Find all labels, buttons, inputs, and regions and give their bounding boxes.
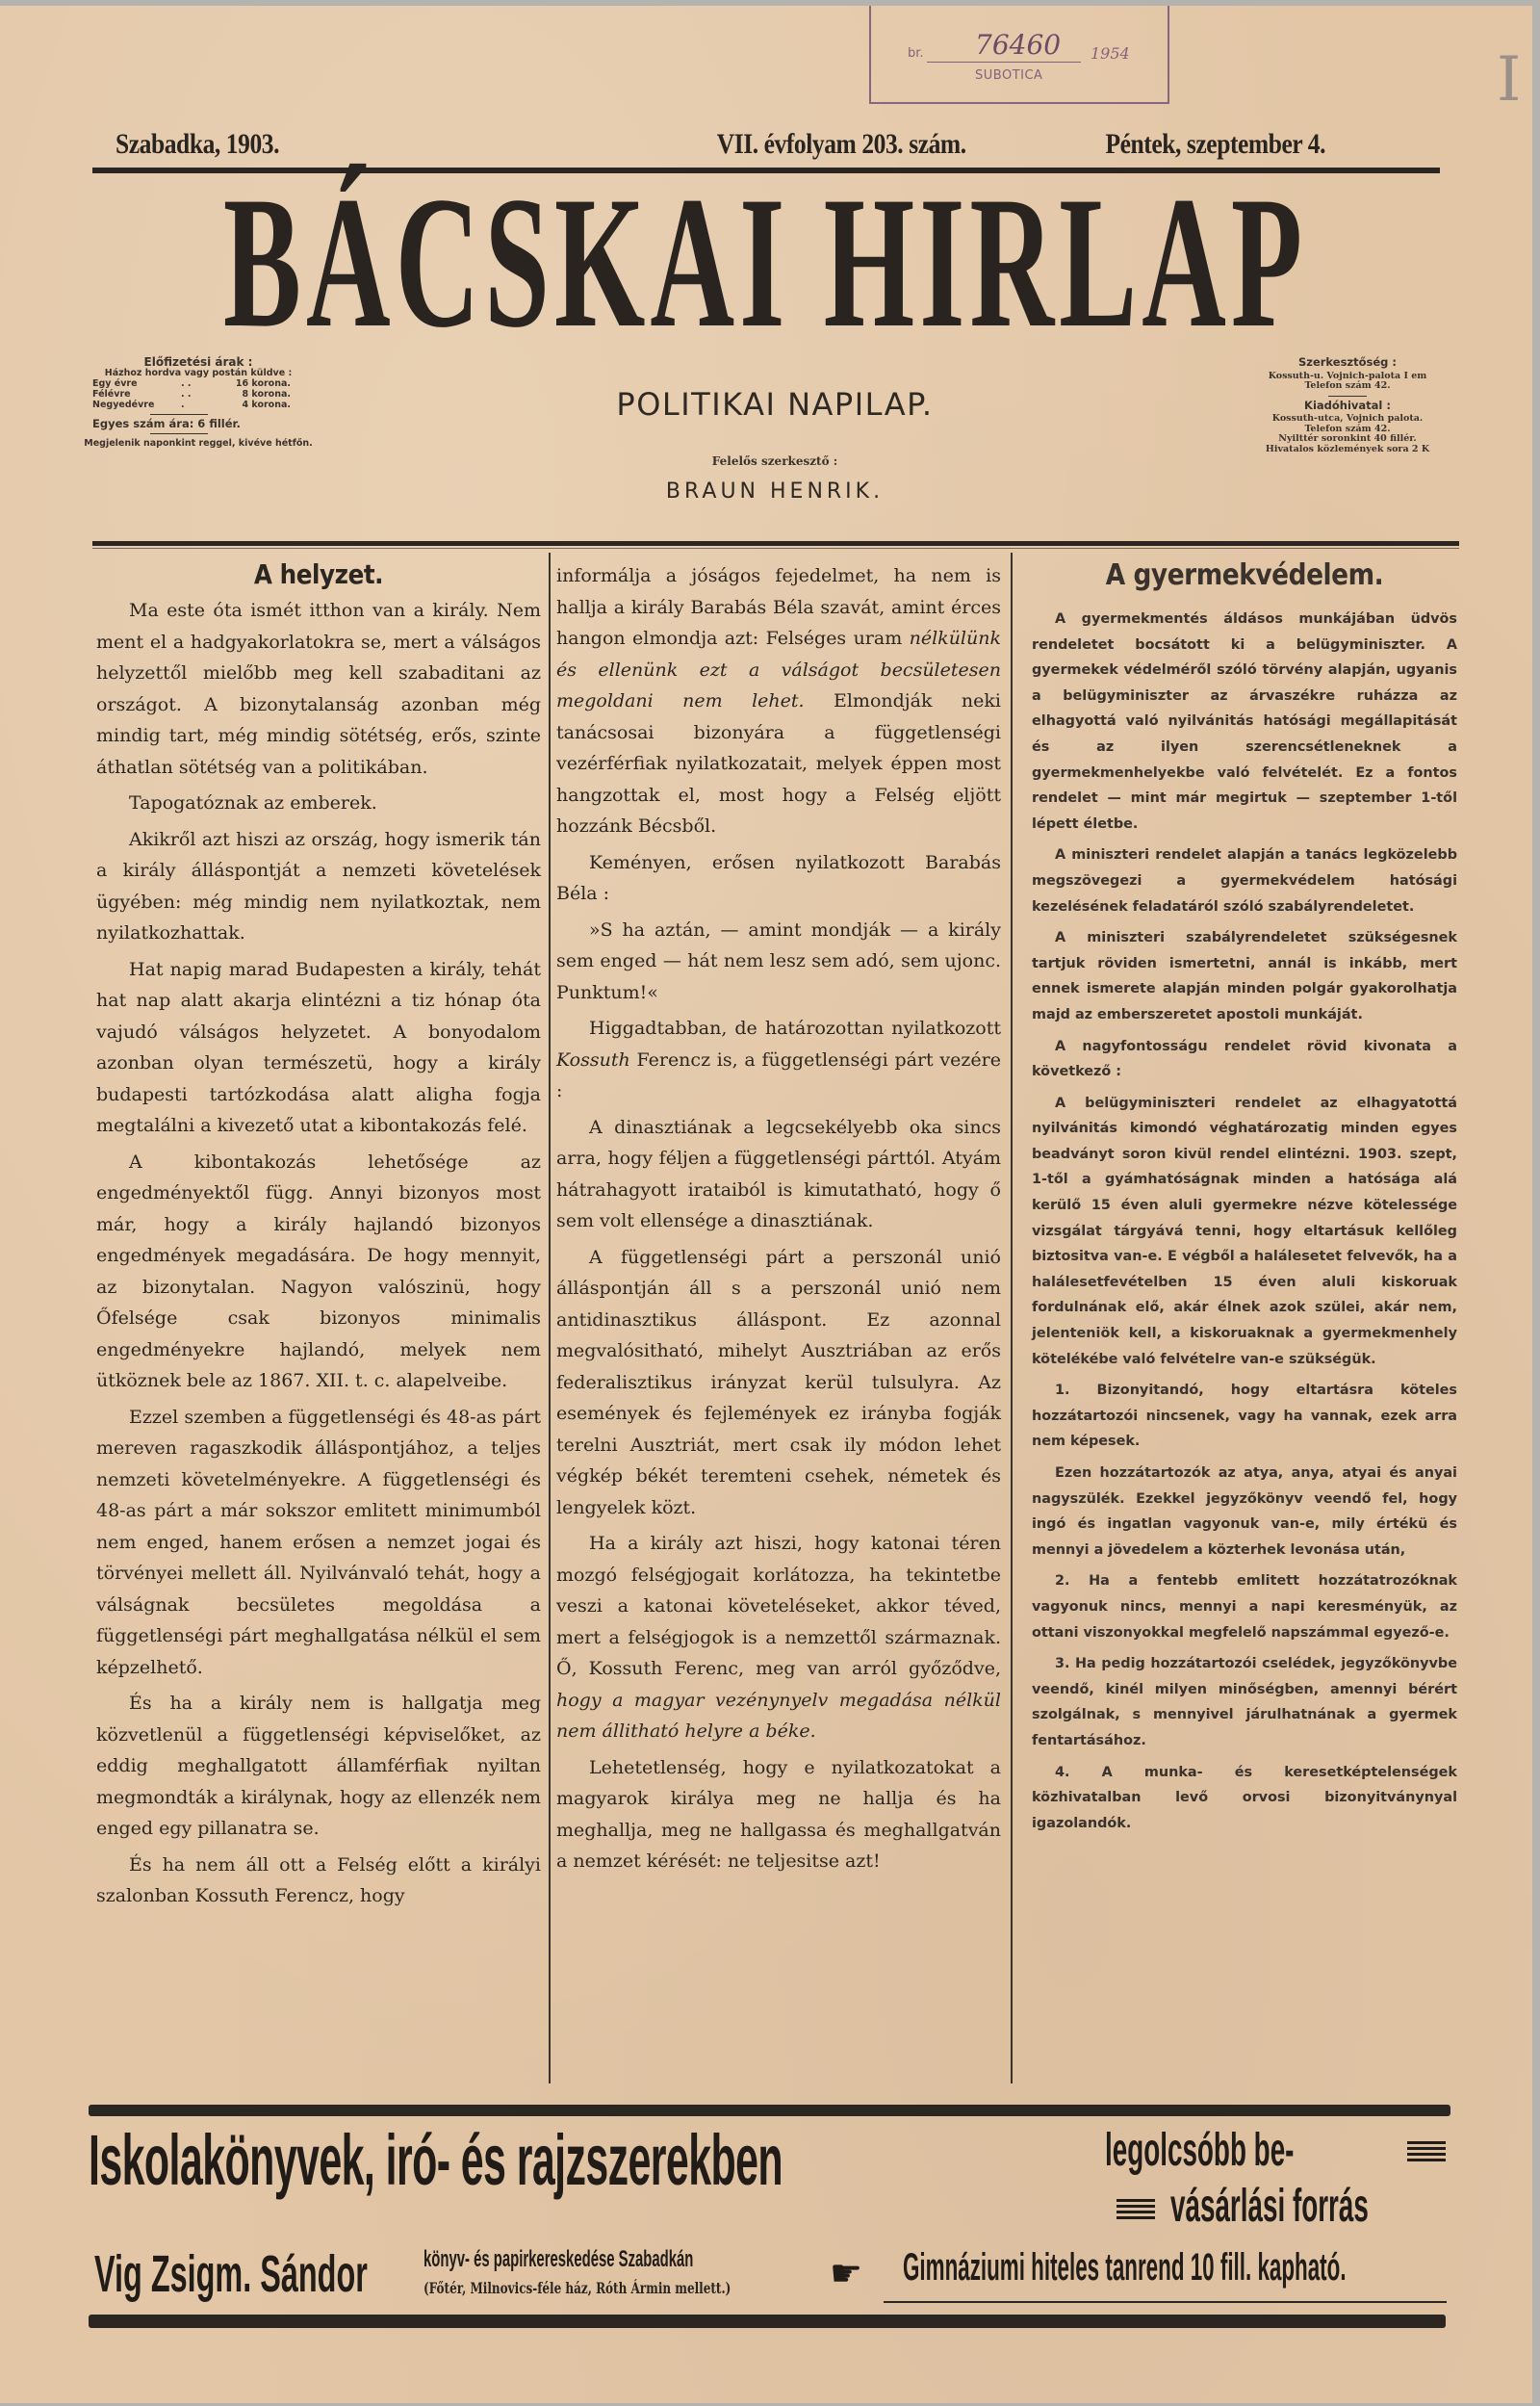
paragraph: A miniszteri rendelet alapján a tanács l… (1032, 842, 1457, 919)
paragraph: 3. Ha pedig hozzátartozói cselédek, jegy… (1032, 1651, 1457, 1753)
paragraph: Hat napig marad Budapesten a király, teh… (96, 954, 541, 1142)
ad-headline-right-top: legolcsóbb be- (1105, 2124, 1294, 2177)
paragraph: Ezzel szemben a függetlenségi és 48-as p… (96, 1402, 541, 1684)
paragraph: Tapogatóznak az emberek. (96, 788, 541, 819)
paragraph: Ma este óta ismét itthon van a király. N… (96, 595, 541, 783)
subscription-box: Előfizetési árak : Házhoz hordva vagy po… (92, 357, 323, 449)
paragraph: Ha a király azt hiszi, hogy katonai tére… (556, 1528, 1001, 1747)
ad-headline: Iskolakönyvek, iró- és rajzszerekben (89, 2119, 783, 2201)
ad-shop-name: Vig Zsigm. Sándor (94, 2244, 368, 2304)
paragraph: 2. Ha a fentebb emlitett hozzátatrozókna… (1032, 1568, 1457, 1645)
paragraph: A függetlenségi párt a perszonál unió ál… (556, 1242, 1001, 1524)
ad-shop-address: (Főtér, Milnovics-féle ház, Róth Ármin m… (423, 2279, 731, 2297)
divider (150, 414, 208, 415)
publication-schedule: Megjelenik naponkint reggel, kivéve hétf… (73, 438, 323, 449)
editor-label: Felelős szerkesztő : (520, 454, 1030, 468)
editorial-phone: Telefon szám 42. (1232, 381, 1463, 392)
subscription-subtitle: Házhoz hordva vagy postán küldve : (73, 368, 323, 378)
dateline-volume-issue: VII. évfolyam 203. szám. (717, 128, 966, 161)
ad-rate: Nyilttér soronkint 40 fillér. (1232, 434, 1463, 445)
office-address: Kossuth-utca, Vojnich palota. (1232, 414, 1463, 425)
article-helyzet: A helyzet. Ma este óta ismét itthon van … (96, 556, 541, 1912)
office-title: Kiadóhivatal : (1232, 401, 1463, 411)
price-row: Negyedévre . 4 korona. (92, 400, 323, 410)
paragraph: A kibontakozás lehetősége az engedmények… (96, 1147, 541, 1397)
stamp-number: 76460 (975, 29, 1061, 61)
paragraph: A nagyfontosságu rendelet rövid kivonata… (1032, 1034, 1457, 1085)
paragraph: Lehetetlenség, hogy e nyilatkozatokat a … (556, 1752, 1001, 1877)
paragraph: Ezen hozzátartozók az atya, anya, atyai … (1032, 1461, 1457, 1563)
paragraph: A gyermekmentés áldásos munkájában üdvös… (1032, 607, 1457, 837)
stamp-year: 1954 (1091, 44, 1130, 63)
price-row: Egy évre . . 16 korona. (92, 378, 323, 389)
single-issue-price: Egyes szám ára: 6 fillér. (92, 419, 323, 429)
article-gyermekvedelem: A gyermekvédelem. A gyermekmentés áldáso… (1032, 556, 1457, 1836)
column-rule (549, 553, 551, 2083)
masthead-bottom-hairline (92, 548, 1459, 549)
ad-notice-underline (884, 2301, 1447, 2303)
masthead-tagline: POLITIKAI NAPILAP. (520, 386, 1030, 423)
editorial-title: Szerkesztőség : (1232, 357, 1463, 368)
contacts-box: Szerkesztőség : Kossuth-u. Vojnich-palot… (1232, 357, 1463, 454)
ad-top-rule (89, 2105, 1450, 2116)
archive-stamp: br. 76460 1954 SUBOTICA (869, 6, 1169, 104)
ad-headline-right-bottom: vásárlási forrás (1170, 2180, 1369, 2233)
stamp-city: SUBOTICA (975, 68, 1042, 83)
article-helyzet-continued: informálja a jóságos fejedelmet, ha nem … (556, 560, 1001, 1877)
divider (1328, 396, 1367, 397)
subscription-title: Előfizetési árak : (73, 357, 323, 368)
paragraph: A miniszteri szabályrendeletet szükséges… (1032, 925, 1457, 1027)
price-row: Félévre . . 8 korona. (92, 389, 323, 400)
dateline-place-year: Szabadka, 1903. (115, 128, 279, 161)
paragraph: A belügyminiszteri rendelet az elhagyato… (1032, 1091, 1457, 1373)
quote: »S ha aztán, — amint mondják — a király … (556, 915, 1001, 1009)
ad-notice: Gimnáziumi hiteles tanrend 10 fill. kaph… (903, 2246, 1347, 2290)
margin-mark: I (1497, 44, 1521, 116)
bottom-rule (89, 2315, 1446, 2328)
article-headline: A helyzet. (123, 556, 515, 593)
pointing-hand-icon: ☛ (830, 2252, 862, 2294)
paragraph: És ha a király nem is hallgatja meg közv… (96, 1688, 541, 1845)
paragraph: A dinasztiának a legcsekélyebb oka sincs… (556, 1112, 1001, 1237)
paragraph: Keményen, erősen nyilatkozott Barabás Bé… (556, 847, 1001, 910)
paragraph: Akikről azt hiszi az ország, hogy ismeri… (96, 824, 541, 949)
editor-name: BRAUN HENRIK. (520, 479, 1030, 504)
stamp-prefix: br. (908, 46, 924, 61)
official-rate: Hivatalos közlemények sora 2 K (1232, 445, 1463, 455)
article-headline: A gyermekvédelem. (1058, 556, 1432, 595)
divider (150, 433, 208, 434)
masthead-bottom-rule (92, 541, 1459, 546)
newspaper-page: br. 76460 1954 SUBOTICA I Szabadka, 1903… (0, 6, 1532, 2403)
column-rule (1011, 553, 1013, 2083)
masthead-title: BÁCSKAI HIRLAP (347, 181, 1183, 345)
paragraph: Higgadtabban, de határozottan nyilatkozo… (556, 1013, 1001, 1107)
paragraph: informálja a jóságos fejedelmet, ha nem … (556, 560, 1001, 842)
paragraph: 4. A munka- és keresetképtelenségek közh… (1032, 1760, 1457, 1837)
paragraph: És ha nem áll ott a Felség előtt a királ… (96, 1850, 541, 1912)
ad-shop-description: könyv- és papirkereskedése Szabadkán (423, 2246, 693, 2273)
ornament-bars-icon (1407, 2141, 1446, 2162)
paragraph: 1. Bizonyitandó, hogy eltartásra köteles… (1032, 1378, 1457, 1455)
ornament-bars-icon (1116, 2199, 1155, 2220)
stamp-underline (927, 62, 1081, 63)
dateline-date: Péntek, szeptember 4. (1106, 128, 1326, 161)
